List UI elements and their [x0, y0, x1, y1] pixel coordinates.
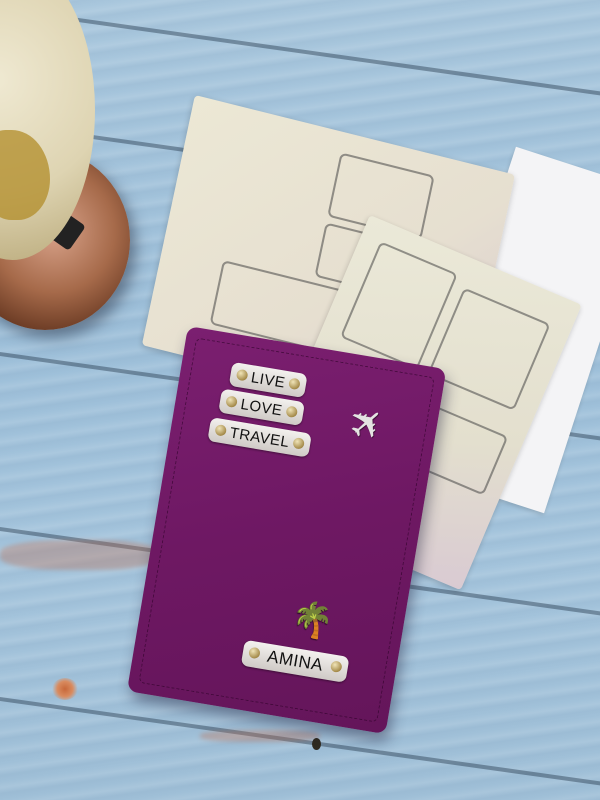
rivet-icon [214, 424, 227, 437]
photo-scene: LIVE LOVE TRAVEL ✈ 🌴 AMINA [0, 0, 600, 800]
tag-text: LIVE [250, 369, 287, 391]
wood-knot [52, 678, 78, 700]
nail-hole [312, 738, 321, 750]
rivet-icon [330, 660, 343, 673]
palm-trees-charm-icon: 🌴 [288, 597, 336, 643]
rivet-icon [236, 369, 249, 382]
tag-text: LOVE [239, 395, 283, 419]
rivet-icon [285, 405, 298, 418]
wood-stain [0, 540, 160, 570]
rivet-icon [248, 647, 261, 660]
rivet-icon [225, 395, 238, 408]
rivet-icon [292, 437, 305, 450]
rivet-icon [288, 378, 301, 391]
wood-stain [200, 730, 320, 742]
visa-stamp [427, 288, 550, 411]
